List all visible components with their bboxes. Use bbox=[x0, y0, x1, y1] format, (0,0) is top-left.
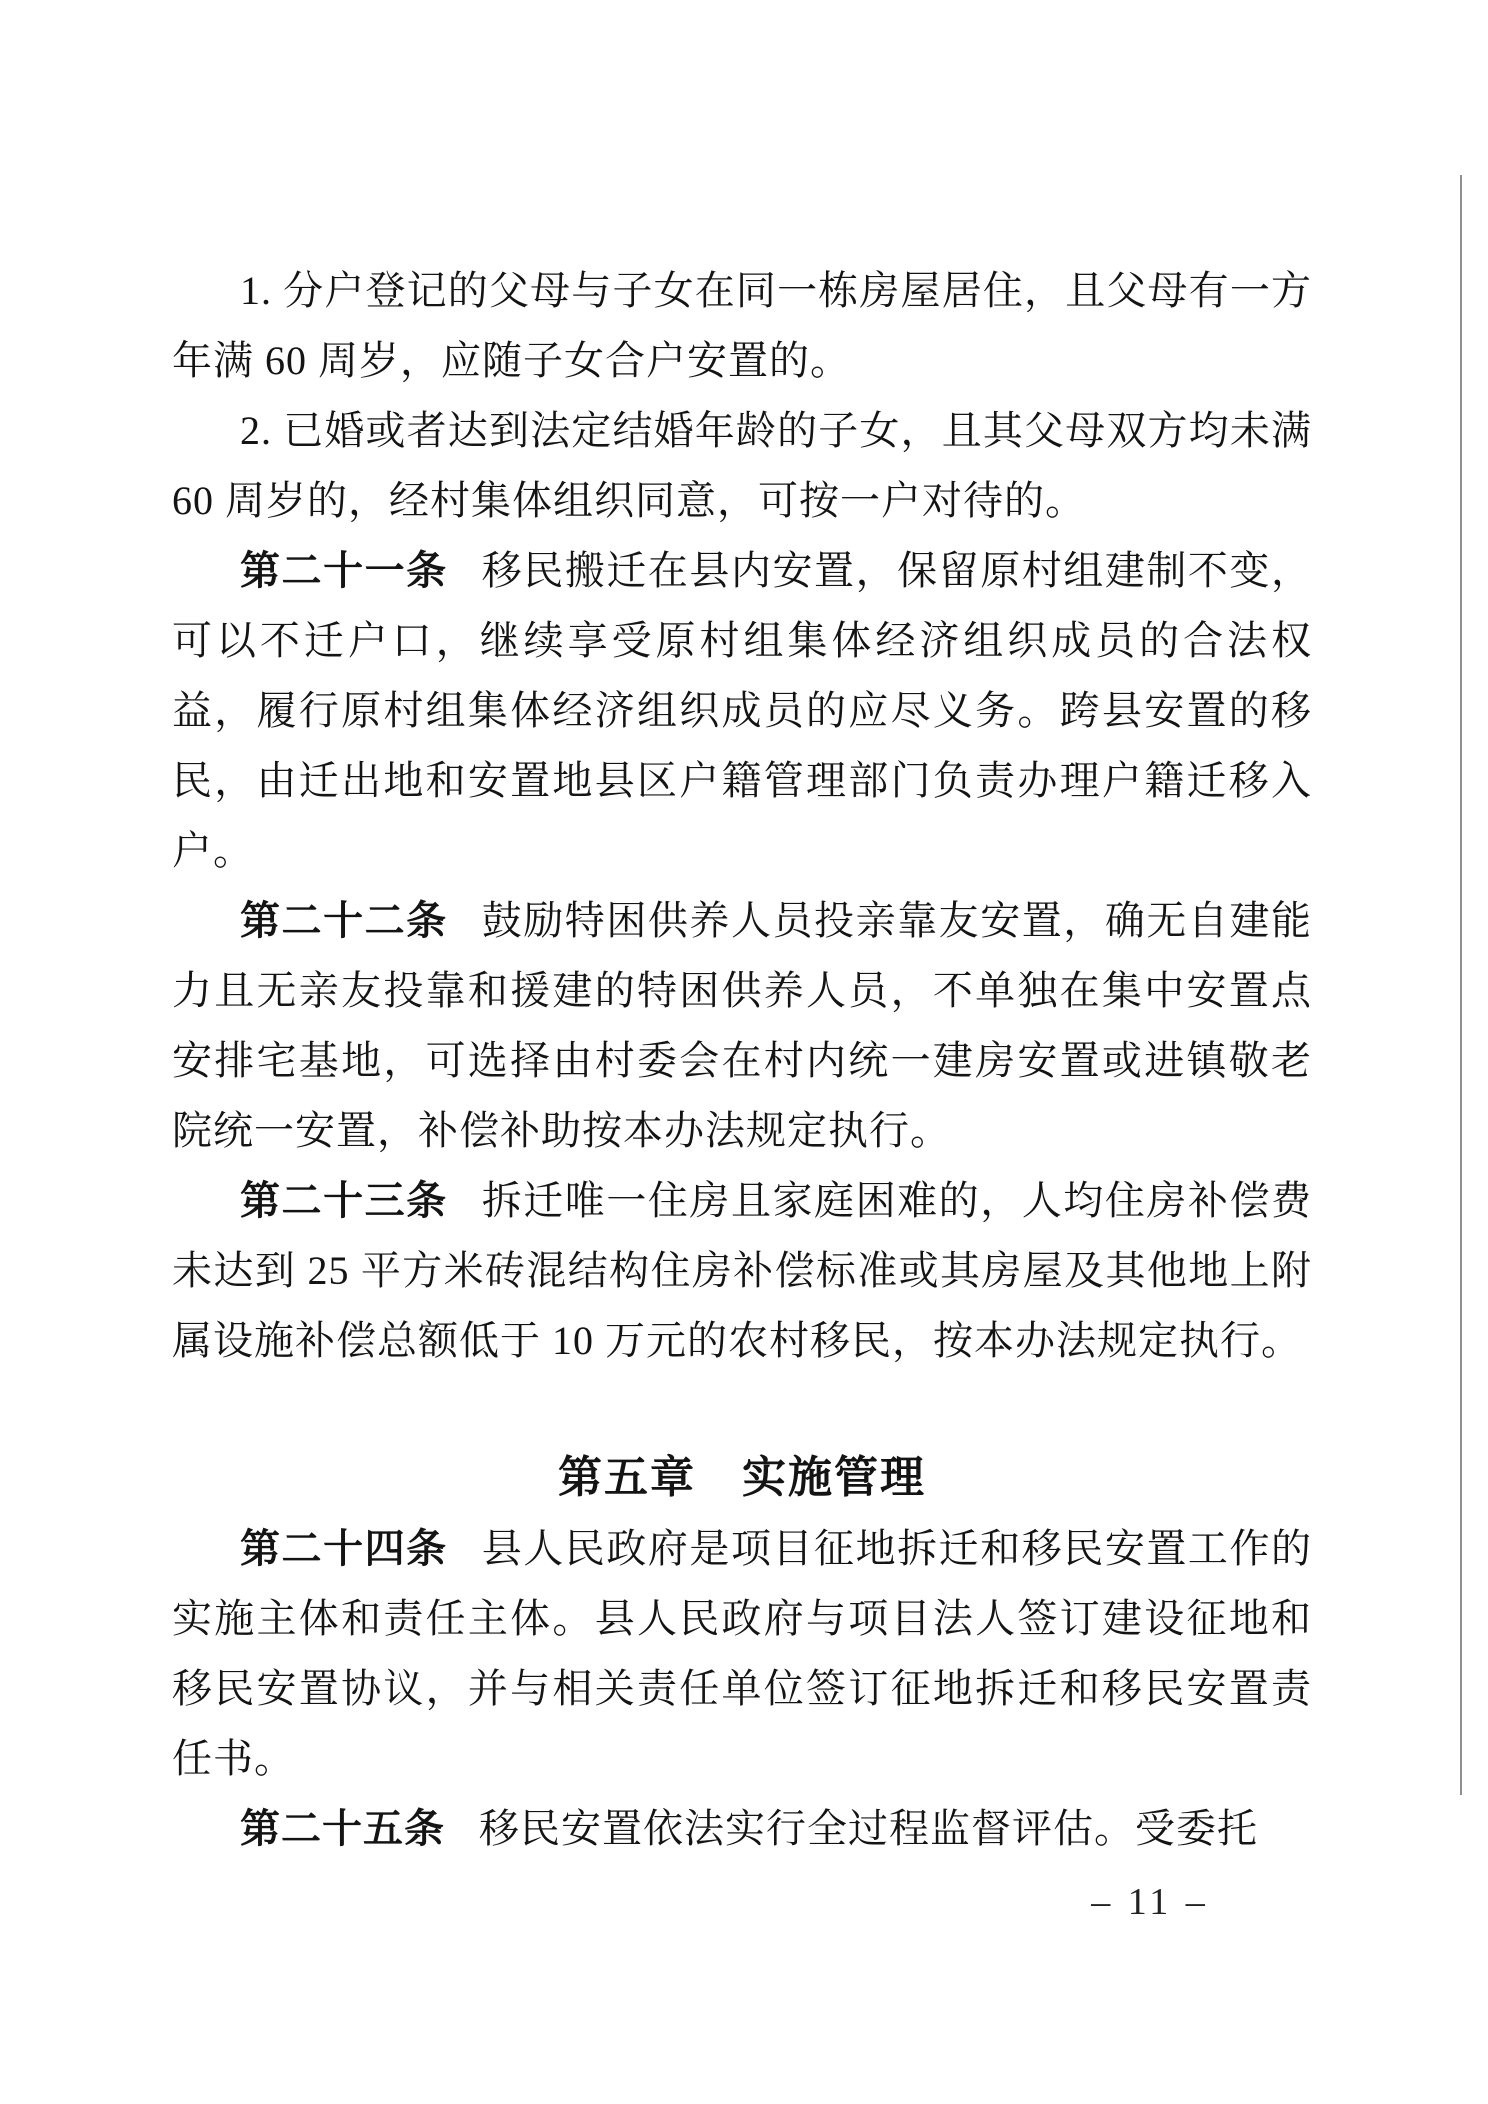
article-25: 第二十五条移民安置依法实行全过程监督评估。受委托 bbox=[172, 1794, 1312, 1864]
article-24-number: 第二十四条 bbox=[240, 1526, 448, 1571]
article-23: 第二十三条拆迁唯一住房且家庭困难的，人均住房补偿费未达到 25 平方米砖混结构住… bbox=[172, 1166, 1312, 1376]
numbered-item-text: 2. 已婚或者达到法定结婚年龄的子女，且其父母双方均未满 60 周岁的，经村集体… bbox=[172, 408, 1312, 523]
numbered-item-2: 2. 已婚或者达到法定结婚年龄的子女，且其父母双方均未满 60 周岁的，经村集体… bbox=[172, 396, 1312, 536]
chapter-heading: 第五章 实施管理 bbox=[172, 1442, 1312, 1514]
numbered-item-1: 1. 分户登记的父母与子女在同一栋房屋居住，且父母有一方年满 60 周岁，应随子… bbox=[172, 256, 1312, 396]
article-24: 第二十四条县人民政府是项目征地拆迁和移民安置工作的实施主体和责任主体。县人民政府… bbox=[172, 1514, 1312, 1794]
numbered-item-text: 1. 分户登记的父母与子女在同一栋房屋居住，且父母有一方年满 60 周岁，应随子… bbox=[172, 268, 1312, 383]
article-21-number: 第二十一条 bbox=[240, 548, 448, 593]
article-21-text: 移民搬迁在县内安置，保留原村组建制不变，可以不迁户口，继续享受原村组集体经济组织… bbox=[172, 548, 1312, 873]
article-22-number: 第二十二条 bbox=[240, 898, 448, 943]
article-23-number: 第二十三条 bbox=[240, 1178, 448, 1223]
document-page: 1. 分户登记的父母与子女在同一栋房屋居住，且父母有一方年满 60 周岁，应随子… bbox=[0, 0, 1488, 2104]
page-number: – 11 – bbox=[1070, 1880, 1230, 1924]
scan-artifact-line bbox=[1460, 175, 1462, 1795]
article-22: 第二十二条鼓励特困供养人员投亲靠友安置，确无自建能力且无亲友投靠和援建的特困供养… bbox=[172, 886, 1312, 1166]
article-25-text: 移民安置依法实行全过程监督评估。受委托 bbox=[479, 1806, 1258, 1851]
article-21: 第二十一条移民搬迁在县内安置，保留原村组建制不变，可以不迁户口，继续享受原村组集… bbox=[172, 536, 1312, 886]
article-25-number: 第二十五条 bbox=[240, 1806, 445, 1851]
document-content: 1. 分户登记的父母与子女在同一栋房屋居住，且父母有一方年满 60 周岁，应随子… bbox=[172, 256, 1312, 1864]
